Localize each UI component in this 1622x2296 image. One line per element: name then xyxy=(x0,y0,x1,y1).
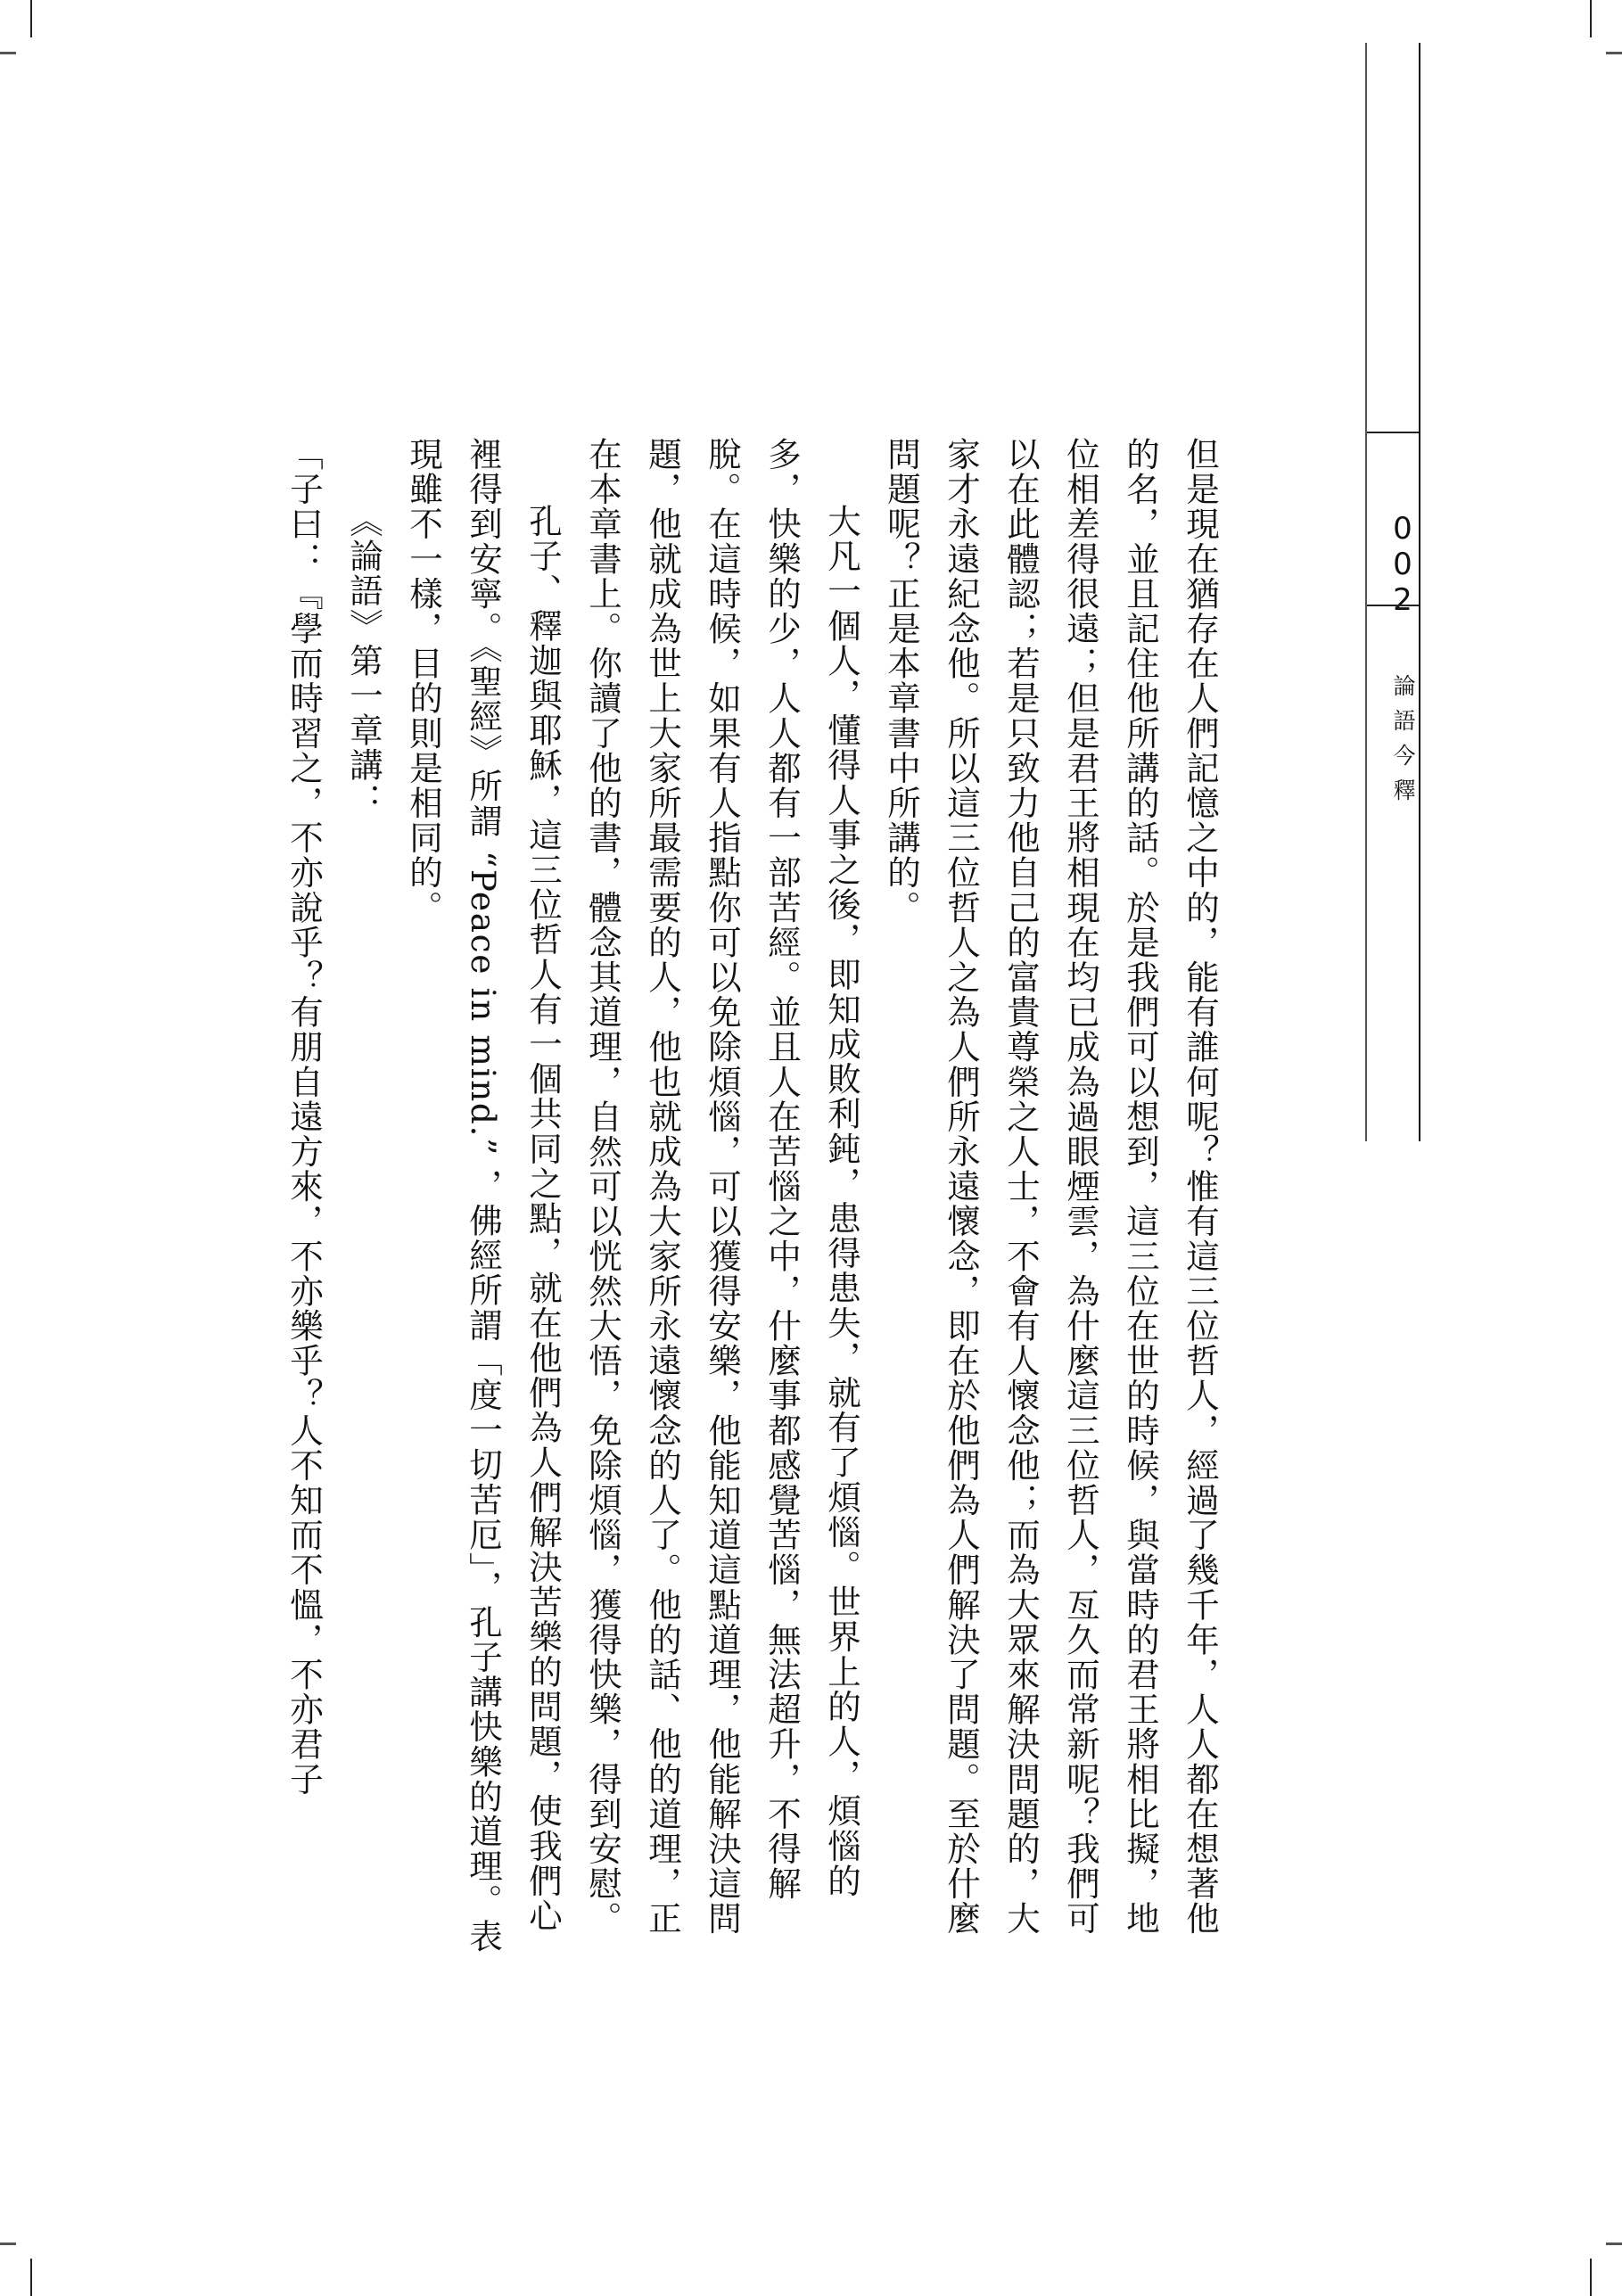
paragraph-2: 大凡一個人，懂得人事之後，即知成敗利鈍，患得患失，就有了煩惱。世界上的人，煩惱的… xyxy=(572,437,871,1962)
running-head: 002 論語今釋 xyxy=(1365,43,1420,1141)
crop-mark-top-right-vertical xyxy=(1590,0,1592,37)
body-text: 但是現在猶存在人們記憶之中的，能有誰何呢？惟有這三位哲人，經過了幾千年，人人都在… xyxy=(274,437,1230,1962)
crop-mark-bottom-left-horizontal xyxy=(0,2243,16,2245)
crop-mark-bottom-right-horizontal xyxy=(1606,2243,1622,2245)
crop-mark-bottom-right-vertical xyxy=(1590,2259,1592,2296)
crop-mark-top-left-vertical xyxy=(30,0,32,37)
rail-divider-top xyxy=(1367,432,1419,433)
paragraph-3: 孔子、釋迦與耶穌，這三位哲人有一個共同之點，就在他們為人們解決苦樂的問題，使我們… xyxy=(393,437,572,1962)
crop-mark-bottom-left-vertical xyxy=(30,2259,32,2296)
crop-mark-top-left-horizontal xyxy=(0,52,16,54)
paragraph-1: 但是現在猶存在人們記憶之中的，能有誰何呢？惟有這三位哲人，經過了幾千年，人人都在… xyxy=(871,437,1230,1962)
rail-divider-bottom xyxy=(1367,605,1419,606)
paragraph-4: 《論語》第一章講： xyxy=(333,437,393,1962)
quotation-start: 「子曰：『學而時習之，不亦說乎？有朋自遠方來，不亦樂乎？人不知而不慍，不亦君子 xyxy=(274,437,333,1962)
english-quote: Peace in mind. xyxy=(464,869,503,1138)
book-title: 論語今釋 xyxy=(1367,674,1419,813)
crop-mark-top-right-horizontal xyxy=(1606,52,1622,54)
page-number: 002 xyxy=(1367,511,1419,618)
